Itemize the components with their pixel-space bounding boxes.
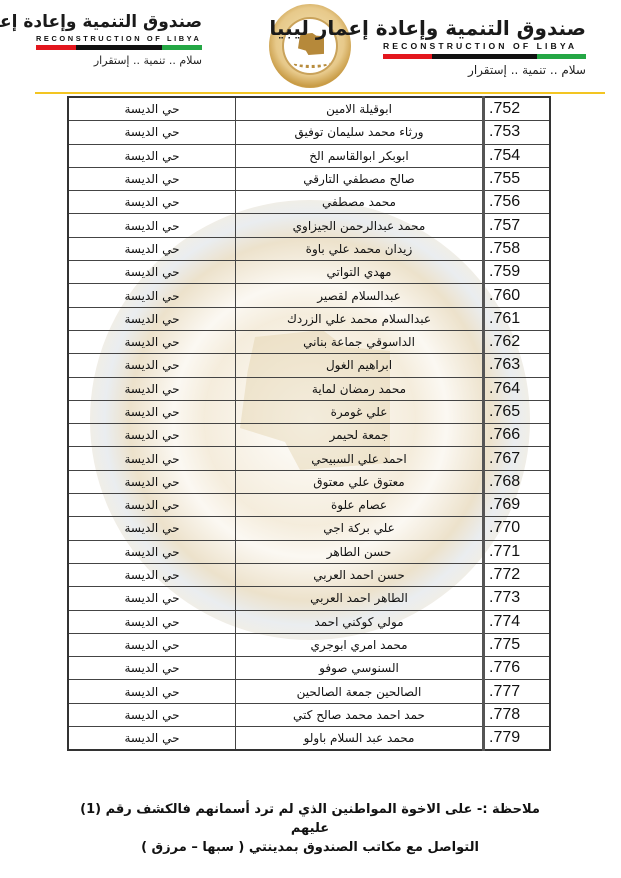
table-row: .775محمد امري ابوجريحي الديسة	[68, 633, 550, 656]
row-number: .778	[484, 703, 551, 726]
row-district: حي الديسة	[68, 377, 236, 400]
row-number: .762	[484, 330, 551, 353]
flag-bar	[36, 45, 202, 50]
row-number: .763	[484, 354, 551, 377]
row-name: محمد عبد السلام باولو	[236, 727, 484, 751]
table-row: .769عصام علوةحي الديسة	[68, 494, 550, 517]
table-row: .764محمد رمضان لمايةحي الديسة	[68, 377, 550, 400]
table-row: .759مهدي التواتيحي الديسة	[68, 261, 550, 284]
row-district: حي الديسة	[68, 517, 236, 540]
logo-right: صندوق التنمية وإعادة إعمار ليبيا RECONST…	[383, 18, 586, 76]
table-row: .768معتوق علي معتوقحي الديسة	[68, 470, 550, 493]
row-name: احمد علي السبيحي	[236, 447, 484, 470]
logo-title-en: RECONSTRUCTION OF LIBYA	[383, 42, 586, 51]
table-row: .757محمد عبدالرحمن الجيزاويحي الديسة	[68, 214, 550, 237]
row-number: .752	[484, 97, 551, 121]
table-row: .763ابراهيم الغولحي الديسة	[68, 354, 550, 377]
table-row: .762الداسوقي جماعة بنانيحي الديسة	[68, 330, 550, 353]
row-name: جمعة لحيمر	[236, 424, 484, 447]
table-row: .778حمد احمد محمد صالح كتيحي الديسة	[68, 703, 550, 726]
row-name: محمد امري ابوجري	[236, 633, 484, 656]
row-number: .774	[484, 610, 551, 633]
row-district: حي الديسة	[68, 261, 236, 284]
flag-bar-green	[162, 45, 202, 50]
row-number: .755	[484, 167, 551, 190]
row-district: حي الديسة	[68, 680, 236, 703]
table-row: .772حسن احمد العربيحي الديسة	[68, 563, 550, 586]
row-name: محمد مصطفي	[236, 191, 484, 214]
row-number: .759	[484, 261, 551, 284]
logo-tagline: سلام .. تنمية .. إستقرار	[383, 64, 586, 76]
row-name: الطاهر احمد العربي	[236, 587, 484, 610]
row-number: .760	[484, 284, 551, 307]
row-district: حي الديسة	[68, 424, 236, 447]
flag-bar-black	[432, 54, 538, 59]
row-name: عبدالسلام لقصير	[236, 284, 484, 307]
row-name: الصالحين جمعة الصالحين	[236, 680, 484, 703]
row-district: حي الديسة	[68, 167, 236, 190]
table-row: .776السنوسي صوفوحي الديسة	[68, 657, 550, 680]
row-number: .764	[484, 377, 551, 400]
table-row: .773الطاهر احمد العربيحي الديسة	[68, 587, 550, 610]
row-district: حي الديسة	[68, 97, 236, 121]
row-name: ورثاء محمد سليمان توفيق	[236, 121, 484, 144]
table-row: .756محمد مصطفيحي الديسة	[68, 191, 550, 214]
row-name: زيدان محمد علي باوة	[236, 237, 484, 260]
row-district: حي الديسة	[68, 400, 236, 423]
flag-bar-red	[36, 45, 76, 50]
row-number: .773	[484, 587, 551, 610]
row-number: .757	[484, 214, 551, 237]
row-district: حي الديسة	[68, 587, 236, 610]
row-district: حي الديسة	[68, 470, 236, 493]
row-number: .776	[484, 657, 551, 680]
row-district: حي الديسة	[68, 307, 236, 330]
wreath-icon	[292, 57, 330, 68]
row-name: علي غومرة	[236, 400, 484, 423]
table-row: .771حسن الطاهرحي الديسة	[68, 540, 550, 563]
table-row: .755صالح مصطفي التارقيحي الديسة	[68, 167, 550, 190]
row-number: .765	[484, 400, 551, 423]
row-district: حي الديسة	[68, 121, 236, 144]
logo-title-ar: صندوق التنمية وإعادة إعمار ليبيا	[36, 14, 202, 31]
row-district: حي الديسة	[68, 447, 236, 470]
row-district: حي الديسة	[68, 330, 236, 353]
row-number: .775	[484, 633, 551, 656]
row-name: ابوبكر ابوالقاسم الخ	[236, 144, 484, 167]
table-row: .774مولي كوكني احمدحي الديسة	[68, 610, 550, 633]
footer-note: ملاحظة :- على الاخوة المواطنين الذي لم ت…	[60, 800, 560, 857]
row-district: حي الديسة	[68, 563, 236, 586]
flag-bar	[383, 54, 586, 59]
row-district: حي الديسة	[68, 191, 236, 214]
header-divider	[35, 92, 605, 94]
row-name: ابراهيم الغول	[236, 354, 484, 377]
row-name: مهدي التواتي	[236, 261, 484, 284]
table-row: .779محمد عبد السلام باولوحي الديسة	[68, 727, 550, 751]
table-row: .770علي بركة اجيحي الديسة	[68, 517, 550, 540]
row-number: .754	[484, 144, 551, 167]
row-district: حي الديسة	[68, 727, 236, 751]
row-number: .770	[484, 517, 551, 540]
row-number: .767	[484, 447, 551, 470]
table-row: .754ابوبكر ابوالقاسم الخحي الديسة	[68, 144, 550, 167]
flag-bar-green	[537, 54, 586, 59]
row-name: ابوقيلة الامين	[236, 97, 484, 121]
row-name: محمد رمضان لماية	[236, 377, 484, 400]
row-district: حي الديسة	[68, 610, 236, 633]
row-number: .771	[484, 540, 551, 563]
row-number: .772	[484, 563, 551, 586]
row-name: مولي كوكني احمد	[236, 610, 484, 633]
row-district: حي الديسة	[68, 494, 236, 517]
note-line-2: التواصل مع مكاتب الصندوق بمدينتي ( سبها …	[60, 838, 560, 857]
names-table-body: .752ابوقيلة الامينحي الديسة.753ورثاء محم…	[68, 97, 550, 750]
logo-tagline: سلام .. تنمية .. إستقرار	[36, 55, 202, 66]
note-line-1: ملاحظة :- على الاخوة المواطنين الذي لم ت…	[60, 800, 560, 838]
row-number: .761	[484, 307, 551, 330]
table-row: .765علي غومرةحي الديسة	[68, 400, 550, 423]
row-name: حمد احمد محمد صالح كتي	[236, 703, 484, 726]
table-row: .760عبدالسلام لقصيرحي الديسة	[68, 284, 550, 307]
row-district: حي الديسة	[68, 633, 236, 656]
row-name: عصام علوة	[236, 494, 484, 517]
row-name: السنوسي صوفو	[236, 657, 484, 680]
logo-title-en: RECONSTRUCTION OF LIBYA	[36, 35, 202, 42]
logo-title-ar: صندوق التنمية وإعادة إعمار ليبيا	[383, 18, 586, 38]
row-name: صالح مصطفي التارقي	[236, 167, 484, 190]
row-name: معتوق علي معتوق	[236, 470, 484, 493]
row-number: .768	[484, 470, 551, 493]
row-number: .766	[484, 424, 551, 447]
row-number: .769	[484, 494, 551, 517]
row-name: حسن الطاهر	[236, 540, 484, 563]
logo-left: صندوق التنمية وإعادة إعمار ليبيا RECONST…	[36, 14, 202, 66]
flag-bar-black	[76, 45, 162, 50]
row-number: .777	[484, 680, 551, 703]
row-district: حي الديسة	[68, 214, 236, 237]
row-district: حي الديسة	[68, 354, 236, 377]
row-district: حي الديسة	[68, 284, 236, 307]
row-district: حي الديسة	[68, 237, 236, 260]
row-number: .779	[484, 727, 551, 751]
row-number: .753	[484, 121, 551, 144]
table-row: .777الصالحين جمعة الصالحينحي الديسة	[68, 680, 550, 703]
table-row: .752ابوقيلة الامينحي الديسة	[68, 97, 550, 121]
row-name: عبدالسلام محمد علي الزردك	[236, 307, 484, 330]
table-row: .758زيدان محمد علي باوةحي الديسة	[68, 237, 550, 260]
row-district: حي الديسة	[68, 657, 236, 680]
table-row: .767احمد علي السبيحيحي الديسة	[68, 447, 550, 470]
row-number: .758	[484, 237, 551, 260]
table-row: .753ورثاء محمد سليمان توفيقحي الديسة	[68, 121, 550, 144]
flag-bar-red	[383, 54, 432, 59]
row-name: حسن احمد العربي	[236, 563, 484, 586]
row-number: .756	[484, 191, 551, 214]
row-district: حي الديسة	[68, 703, 236, 726]
row-district: حي الديسة	[68, 144, 236, 167]
names-table: .752ابوقيلة الامينحي الديسة.753ورثاء محم…	[67, 96, 551, 751]
table-row: .761عبدالسلام محمد علي الزردكحي الديسة	[68, 307, 550, 330]
table-row: .766جمعة لحيمرحي الديسة	[68, 424, 550, 447]
row-name: محمد عبدالرحمن الجيزاوي	[236, 214, 484, 237]
row-name: علي بركة اجي	[236, 517, 484, 540]
row-name: الداسوقي جماعة بناني	[236, 330, 484, 353]
row-district: حي الديسة	[68, 540, 236, 563]
